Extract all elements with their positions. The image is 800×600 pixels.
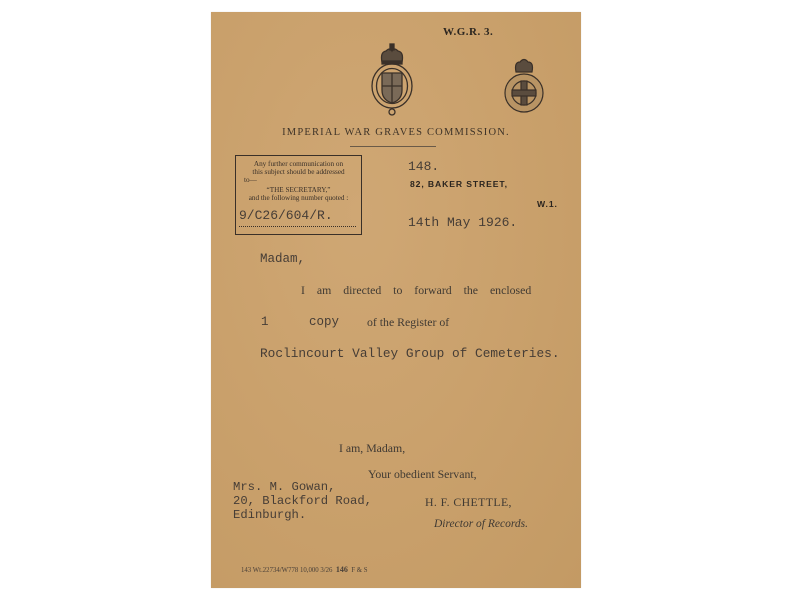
salutation: Madam, bbox=[260, 252, 305, 266]
national-scheme-badge-icon bbox=[503, 56, 545, 114]
recipient-name: Mrs. M. Gowan, bbox=[233, 480, 372, 494]
body-line-2: of the Register of bbox=[367, 315, 449, 330]
address-street: 82, BAKER STREET, bbox=[410, 179, 508, 189]
recipient-address: Mrs. M. Gowan, 20, Blackford Road, Edinb… bbox=[233, 480, 372, 522]
royal-coat-of-arms-icon bbox=[368, 42, 416, 118]
reference-number: 9/C26/604/R. bbox=[239, 208, 333, 223]
closing-line-1: I am, Madam, bbox=[339, 441, 405, 456]
organization-heading: IMPERIAL WAR GRAVES COMMISSION. bbox=[211, 127, 581, 138]
form-code: W.G.R. 3. bbox=[443, 26, 493, 38]
letter-number: 148. bbox=[408, 159, 439, 174]
dotted-line bbox=[239, 226, 356, 227]
closing-line-2: Your obedient Servant, bbox=[368, 467, 477, 482]
recipient-street: 20, Blackford Road, bbox=[233, 494, 372, 508]
address-postcode: W.1. bbox=[537, 199, 558, 209]
body-line-1: I am directed to forward the enclosed bbox=[301, 283, 531, 298]
signatory-name: H. F. CHETTLE, bbox=[425, 495, 512, 510]
copy-quantity: 1 bbox=[261, 315, 269, 329]
printer-imprint: 143 Wt.22734/W778 10,000 3/26 146 F & S bbox=[241, 565, 368, 574]
recipient-city: Edinburgh. bbox=[233, 508, 372, 522]
reference-instruction: Any further communication on this subjec… bbox=[236, 160, 361, 202]
heading-divider bbox=[350, 146, 436, 147]
letter-paper: W.G.R. 3. IMPERIAL WAR GRAVES COMMISSION… bbox=[211, 12, 581, 588]
reference-box: Any further communication on this subjec… bbox=[235, 155, 362, 235]
cemetery-name: Roclincourt Valley Group of Cemeteries. bbox=[260, 346, 560, 361]
copy-unit: copy bbox=[309, 315, 339, 329]
letter-date: 14th May 1926. bbox=[408, 215, 517, 230]
signatory-title: Director of Records. bbox=[434, 518, 528, 530]
